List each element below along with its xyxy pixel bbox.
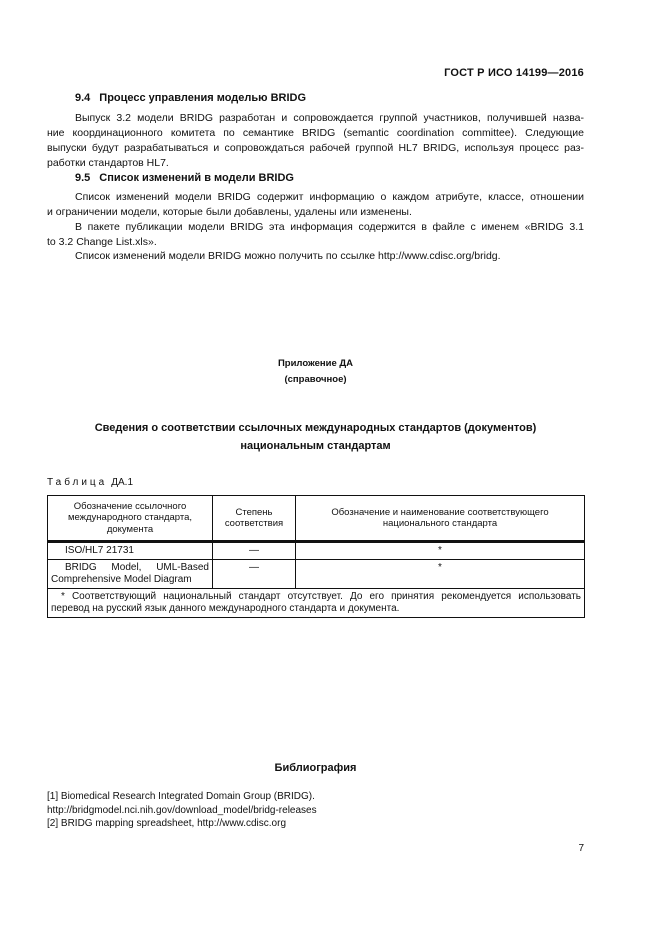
bibliography-entry: [1] Biomedical Research Integrated Domai…	[47, 790, 584, 804]
table-row: BRIDG Model, UML-Based Comprehensive Mod…	[48, 560, 585, 589]
paragraph-line: Выпуск 3.2 модели BRIDG разработан и соп…	[47, 111, 584, 126]
section-number: 9.4	[75, 92, 90, 104]
annex-name: Приложение ДА	[47, 356, 584, 372]
paragraph-line: Список изменений модели BRIDG можно полу…	[47, 249, 584, 264]
paragraph-line: ние координационного комитета по семанти…	[47, 126, 584, 141]
section-9-4-heading: 9.4Процесс управления моделью BRIDG	[47, 92, 612, 104]
page-number: 7	[47, 843, 584, 854]
paragraph-line: работки стандартов HL7.	[47, 156, 584, 171]
annex-kind: (справочное)	[47, 372, 584, 388]
table-footnote-row: * Соответствующий национальный стандарт …	[48, 589, 585, 618]
paragraph-line: В пакете публикации модели BRIDG эта инф…	[47, 220, 584, 235]
bibliography-heading: Библиография	[47, 762, 584, 774]
table-row: ISO/HL7 21731 — *	[48, 542, 585, 560]
paragraph-line: to 3.2 Change List.xls».	[47, 235, 584, 250]
annex-label: Приложение ДА (справочное)	[47, 356, 584, 388]
doc-number-header: ГОСТ Р ИСО 14199—2016	[47, 67, 584, 79]
paragraph-line: Список изменений модели BRIDG содержит и…	[47, 190, 584, 205]
section-9-5-heading: 9.5Список изменений в модели BRIDG	[47, 172, 612, 184]
section-9-5-paragraph-3: Список изменений модели BRIDG можно полу…	[47, 249, 584, 264]
table-footnote: * Соответствующий национальный стандарт …	[48, 589, 585, 618]
bibliography-entry: http://bridgmodel.nci.nih.gov/download_m…	[47, 804, 584, 818]
table-cell-degree: —	[213, 542, 296, 560]
bibliography-list: [1] Biomedical Research Integrated Domai…	[47, 790, 584, 831]
annex-title-line: Сведения о соответствии ссылочных междун…	[47, 419, 584, 437]
table-cell-national: *	[296, 542, 585, 560]
section-title: Процесс управления моделью BRIDG	[99, 92, 306, 104]
table-header-row: Обозначение ссылочного международного ст…	[48, 496, 585, 542]
table-cell-national: *	[296, 560, 585, 589]
table-caption-number: ДА.1	[111, 477, 133, 488]
table-header-cell: Обозначение ссылочного международного ст…	[48, 496, 213, 542]
correspondence-table: Обозначение ссылочного международного ст…	[47, 495, 585, 618]
table-cell-standard: BRIDG Model, UML-Based Comprehensive Mod…	[48, 560, 213, 589]
table-caption-word: Таблица	[47, 477, 107, 488]
paragraph-line: выпуски будут разрабатываться и сопровож…	[47, 141, 584, 156]
table-cell-degree: —	[213, 560, 296, 589]
paragraph-line: и ограничении модели, которые были добав…	[47, 205, 584, 220]
section-9-4-paragraph: Выпуск 3.2 модели BRIDG разработан и соп…	[47, 111, 584, 171]
section-title: Список изменений в модели BRIDG	[99, 172, 294, 184]
section-9-5-paragraph-1: Список изменений модели BRIDG содержит и…	[47, 190, 584, 220]
annex-title-line: национальным стандартам	[47, 437, 584, 455]
annex-title: Сведения о соответствии ссылочных междун…	[47, 419, 584, 455]
table-header-cell: Степень соответствия	[213, 496, 296, 542]
section-9-5-paragraph-2: В пакете публикации модели BRIDG эта инф…	[47, 220, 584, 250]
table-cell-standard: ISO/HL7 21731	[48, 542, 213, 560]
table-caption: ТаблицаДА.1	[47, 477, 584, 488]
table-header-cell: Обозначение и наименование соответствующ…	[296, 496, 585, 542]
document-page: ГОСТ Р ИСО 14199—2016 9.4Процесс управле…	[0, 0, 661, 936]
bibliography-entry: [2] BRIDG mapping spreadsheet, http://ww…	[47, 817, 584, 831]
section-number: 9.5	[75, 172, 90, 184]
